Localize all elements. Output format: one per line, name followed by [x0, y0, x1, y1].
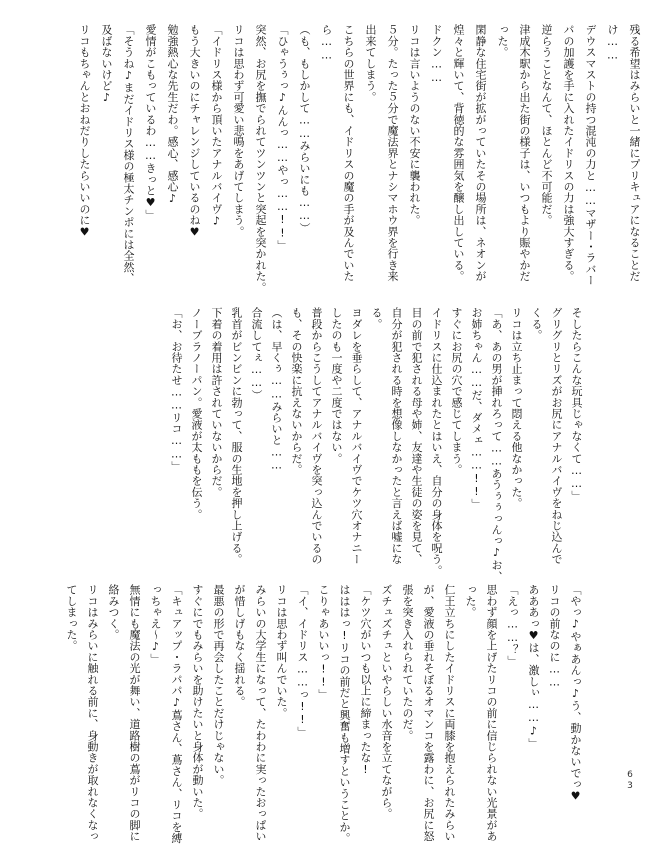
text-column: リコもちゃんとおねだりしたらいいのに♥: [73, 24, 95, 286]
text-band-middle: そしたらこんな玩具じゃなくて……」グリグリとリズがお尻にアナルバイヴをねじ込んで…: [166, 307, 586, 569]
text-column: すぐにでもみらいを助けたいと身体が動いた。: [187, 584, 208, 846]
text-column: 思わず顔を上げたリコの前に信じられない光景があ: [481, 584, 502, 846]
text-column: け……: [601, 24, 623, 286]
text-column: 仁王立ちにしたイドリスに両膝を抱えられたみらい: [439, 584, 460, 846]
text-column: 残る希望はみらいと一緒にプリキュアになることだ: [623, 24, 645, 286]
novel-page: 残る希望はみらいと一緒にプリキュアになることだけ……デウスマストの持つ混沌の力と…: [0, 0, 650, 850]
text-column: 「お、お待たせ……リコ……」: [166, 307, 186, 569]
text-column: したのも一度や二度ではない。: [326, 307, 346, 569]
text-column: くる。: [526, 307, 546, 569]
text-column: こりゃあいいっ!!」: [313, 584, 334, 846]
text-column: った。: [460, 584, 481, 846]
text-column: 普段からこうしてアナルバイヴを突っ込んでいるの: [306, 307, 326, 569]
text-column: 「ひゃうぅっ♪んんっ……やっ……!!」: [271, 24, 293, 286]
text-column: あああっ♥は、激しぃ……♪」: [523, 584, 544, 846]
text-column: 「そうね♪まだイドリス様の極太チンポには全然、: [117, 24, 139, 286]
text-column: ズチュズチュといやらしい水音を立てながら。: [376, 584, 397, 846]
page-number: 63: [625, 770, 635, 792]
text-column: リコは思わず可愛い悲鳴をあげてしまう。: [227, 24, 249, 286]
text-column: ５分。たった５分で魔法界とナシマホウ界を行き来: [381, 24, 403, 286]
text-column: 「あ、あの男が挿れろって……あうぅぅっんっ♪お、: [486, 307, 506, 569]
text-column: 「イ、イドリス……っ!!」: [292, 584, 313, 846]
text-band-bottom: 「やっ♪やぁあんっ♪う、動かないでっ♥リコの前なのに……あああっ♥は、激しぃ………: [61, 584, 586, 846]
text-column: ら……: [315, 24, 337, 286]
text-column: （は、早くぅ……みらいと……: [266, 307, 286, 569]
text-column: 自分が犯される時を想像しなかったと言えば嘘にな: [386, 307, 406, 569]
text-column: った。: [491, 24, 513, 286]
text-column: リコは立ち止まって悶える他なかった。: [506, 307, 526, 569]
text-column: 無情にも魔法の光が舞い、道路樹の蔦がリコの脚に: [124, 584, 145, 846]
text-column: ノーブラノーパン。愛液が太ももを伝う。: [186, 307, 206, 569]
text-column: リコは言いようのない不安に襲われた。: [403, 24, 425, 286]
text-column: 乳首がビンビンに勃って、服の生地を押し上げる。: [226, 307, 246, 569]
text-column: パの加護を手に入れたイドリスの力は強大すぎる。: [557, 24, 579, 286]
text-column: もう大きいのにチャレンジしているのね♥: [183, 24, 205, 286]
text-column: みらいの大学生になって、たわわに実ったおっぱい: [250, 584, 271, 846]
text-column: リコは思わず叫んでいた。: [271, 584, 292, 846]
text-column: も、その快楽に抗えないからだ。: [286, 307, 306, 569]
text-column: 「キュアップ・ラパパ♪蔦さん、蔦さん、リコを縛: [166, 584, 187, 846]
text-column: 絡みつく。: [103, 584, 124, 846]
text-column: 合流してぇ……）: [246, 307, 266, 569]
text-column: グリグリとリズがお尻にアナルバイヴをねじ込んで: [546, 307, 566, 569]
text-column: 突然、お尻を撫でられてツンツンと突起を突かれた。: [249, 24, 271, 286]
text-column: 最悪の形で再会したことだけじゃない。: [208, 584, 229, 846]
text-column: 及ばないけど♪: [95, 24, 117, 286]
text-column: イドリスに仕込まれたとはいえ、自分の身体を呪う。: [426, 307, 446, 569]
text-column: ドクン……: [425, 24, 447, 286]
text-column: リコはみらいに触れる前に、身動きが取れなくなっ: [82, 584, 103, 846]
text-column: すぐにお尻の穴で感じてしまう。: [446, 307, 466, 569]
text-column: 煌々と輝いて、背徳的な雰囲気を醸し出している。: [447, 24, 469, 286]
text-column: ヨダレを垂らして、アナルバイヴでケツ穴オナニー: [346, 307, 366, 569]
text-column: リコの前なのに……: [544, 584, 565, 846]
text-column: 勉強熱心な先生だわ。感心、感心♪: [161, 24, 183, 286]
text-column: 津成木駅から出た街の様子は、いつもより賑やかだ: [513, 24, 535, 286]
text-column: 下着の着用は許されていないからだ。: [206, 307, 226, 569]
text-column: 「イドリス様から頂いたアナルバイヴ♪: [205, 24, 227, 286]
text-column: 閑静な住宅街が拡がっていたその場所は、ネオンが: [469, 24, 491, 286]
text-column: る。: [366, 307, 386, 569]
text-column: 愛情がこもっているわ……きっと♥」: [139, 24, 161, 286]
text-column: っちゃえ～♪」: [145, 584, 166, 846]
text-column: 逆らうことなんて、ほとんど不可能だ。: [535, 24, 557, 286]
text-column: 出来てしまう。: [359, 24, 381, 286]
text-column: こちらの世界にも、イドリスの魔の手が及んでいた: [337, 24, 359, 286]
text-column: 「えっ……？」: [502, 584, 523, 846]
text-column: 「ケツ穴がいつも以上に締まったな!: [355, 584, 376, 846]
text-column: 目の前で犯される母や姉、友達や生徒の姿を見て、: [406, 307, 426, 569]
text-column: そしたらこんな玩具じゃなくて……」: [566, 307, 586, 569]
text-column: （も、もしかして……みらいにも……）: [293, 24, 315, 286]
text-column: てしまった。: [61, 584, 82, 846]
text-column: が、愛液の垂れそぼるオマンコを露わに、お尻に怒: [418, 584, 439, 846]
text-column: デウスマストの持つ混沌の力と……マザー・ラバー: [579, 24, 601, 286]
text-column: 「やっ♪やぁあんっ♪う、動かないでっ♥: [565, 584, 586, 846]
text-column: 張を突き入れられていたのだ。: [397, 584, 418, 846]
text-column: お姉ちゃん……だ、ダメェ……!!」: [466, 307, 486, 569]
text-band-top: 残る希望はみらいと一緒にプリキュアになることだけ……デウスマストの持つ混沌の力と…: [73, 24, 645, 286]
text-column: はははっ!リコの前だと興奮も増すということか。: [334, 584, 355, 846]
text-column: が惜しげもなく揺れる。: [229, 584, 250, 846]
